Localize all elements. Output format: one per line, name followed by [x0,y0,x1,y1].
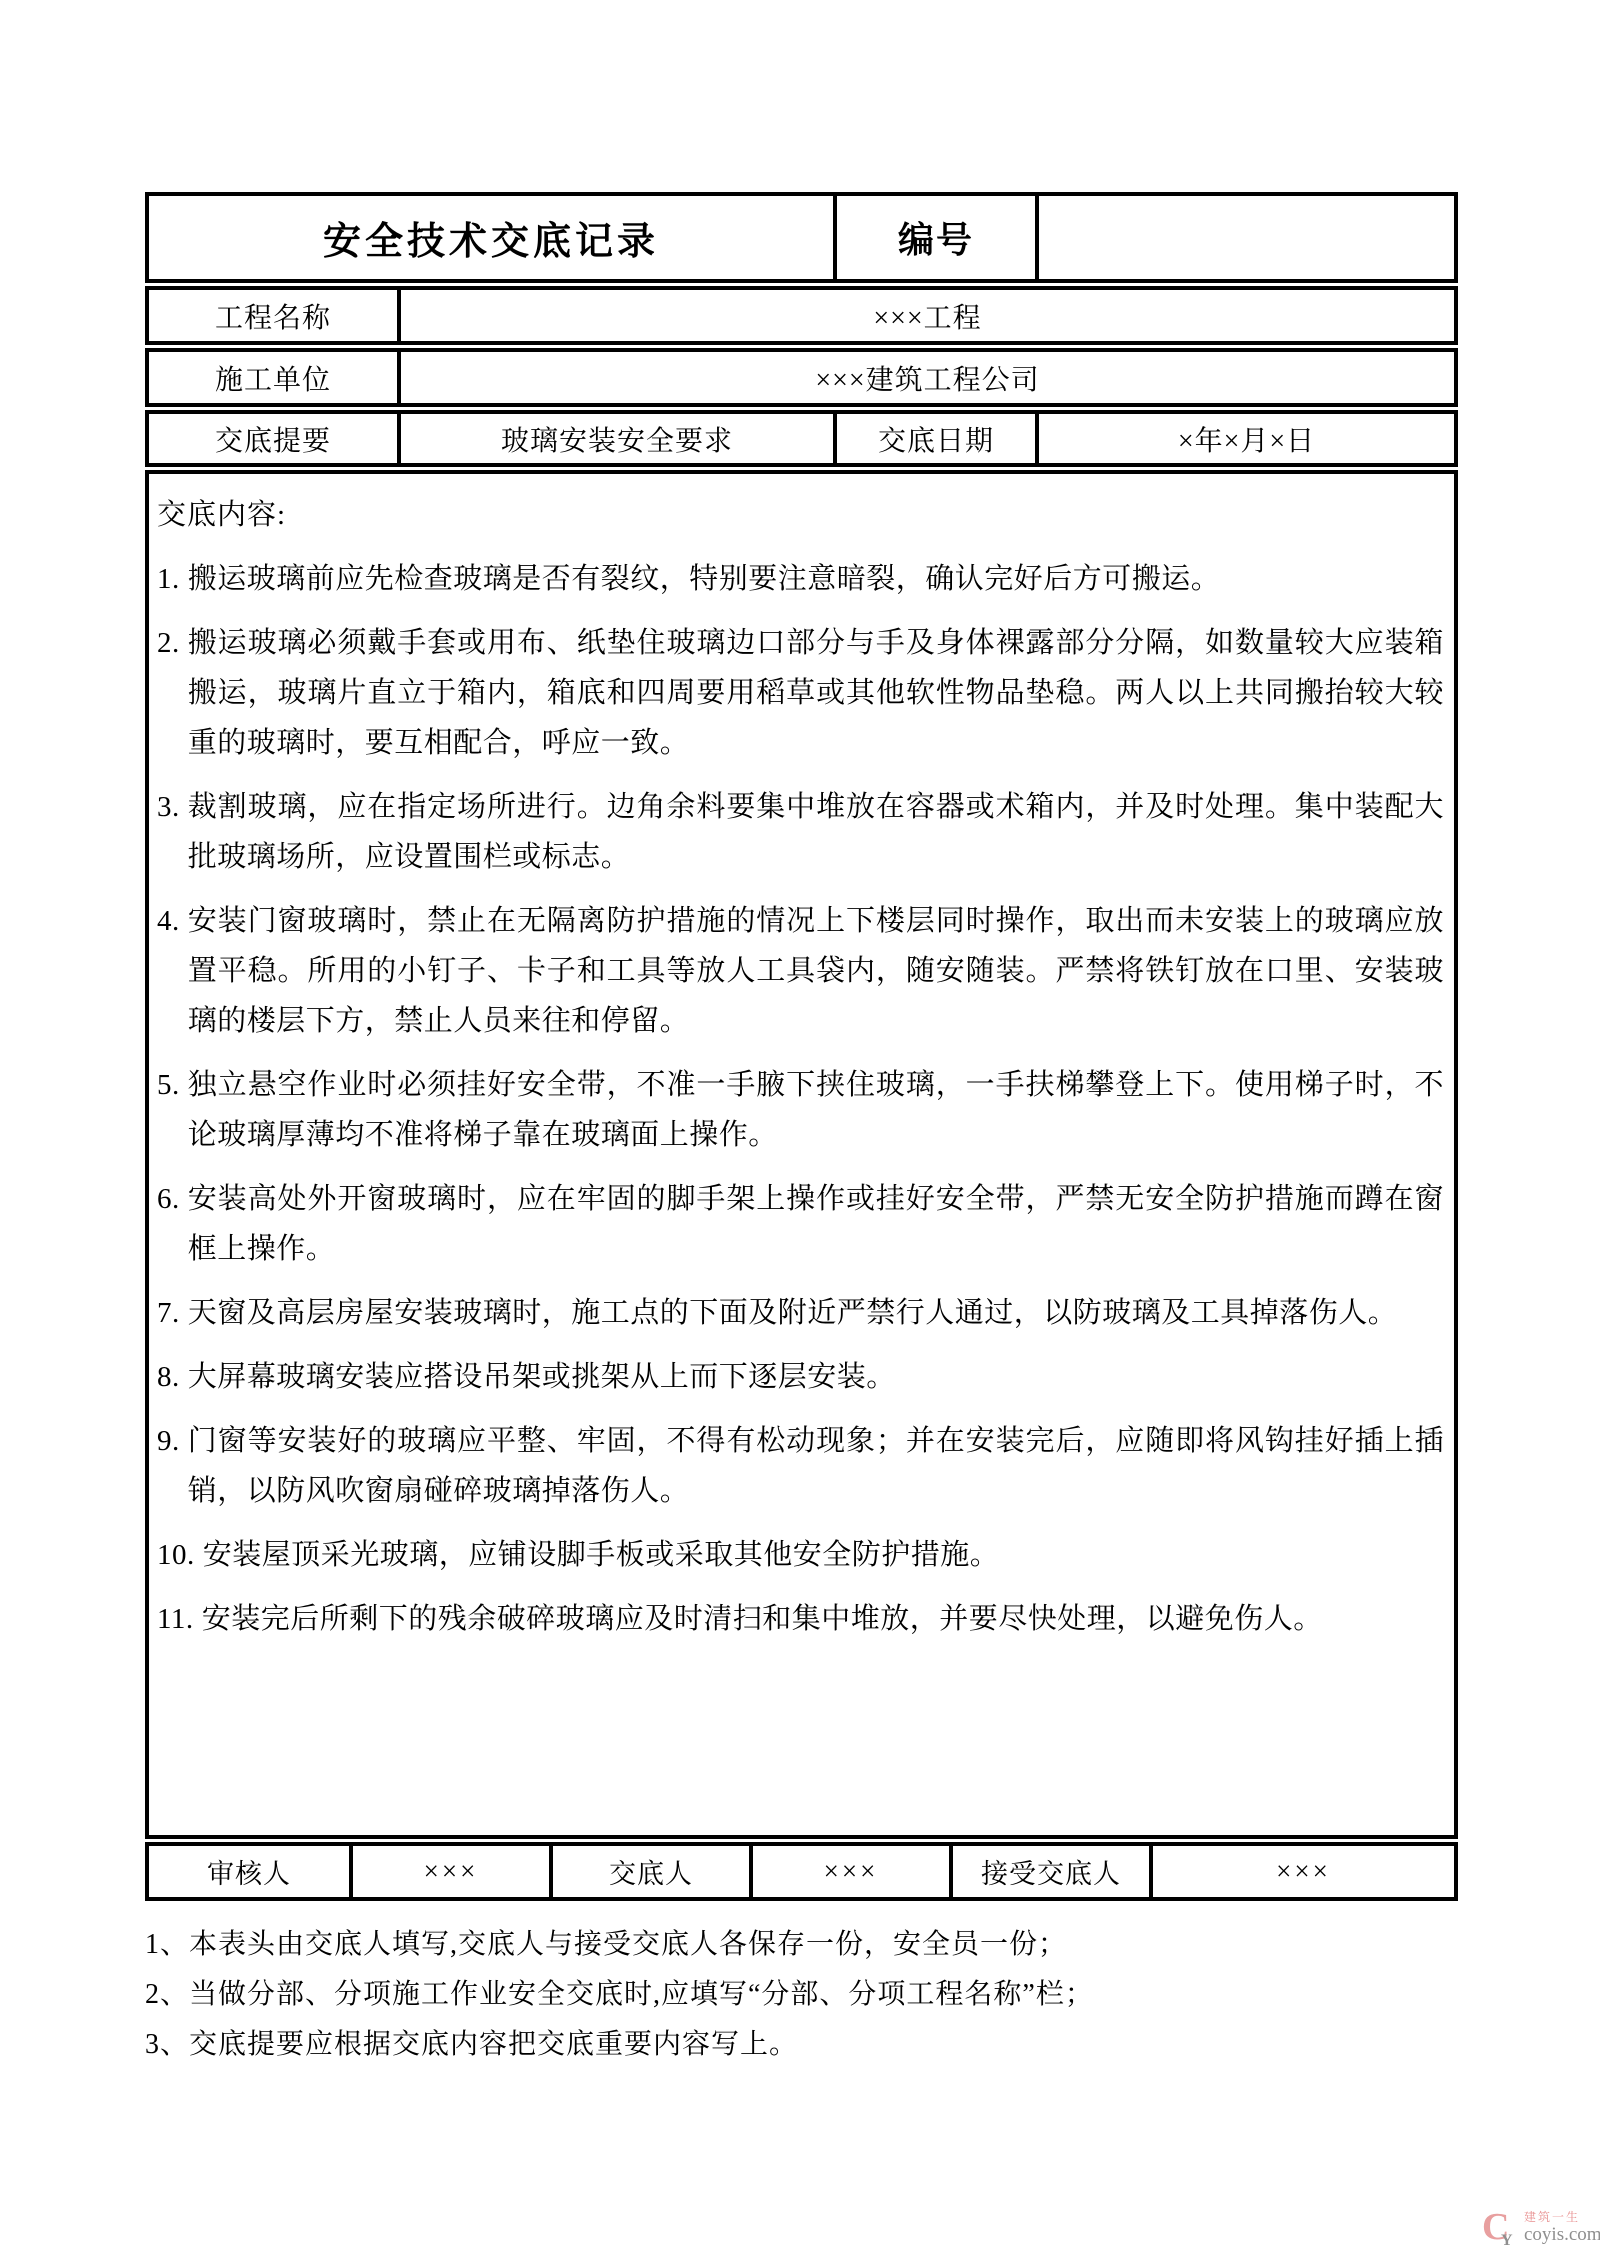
item-number: 5. [157,1060,180,1160]
summary-value: 玻璃安装安全要求 [501,419,733,459]
receiver-label-cell: 接受交底人 [949,1846,1149,1897]
receiver-value-cell: ××× [1149,1846,1454,1897]
item-text: 搬运玻璃必须戴手套或用布、纸垫住玻璃边口部分与手及身体裸露部分分隔，如数量较大应… [188,618,1444,768]
title-row: 安全技术交底记录 编号 [145,192,1458,283]
watermark-logo-y-icon: Y [1501,2232,1513,2250]
watermark-text-block: 建筑一生 coyis.com [1524,2210,1600,2246]
discloser-value-cell: ××× [749,1846,949,1897]
content-item: 5. 独立悬空作业时必须挂好安全带，不准一手腋下挟住玻璃，一手扶梯攀登上下。使用… [157,1060,1444,1160]
receiver-value: ××× [1276,1856,1331,1887]
content-item: 7. 天窗及高层房屋安装玻璃时，施工点的下面及附近严禁行人通过，以防玻璃及工具掉… [157,1288,1444,1338]
reviewer-value-cell: ××× [349,1846,549,1897]
title-cell: 安全技术交底记录 [149,196,833,279]
construction-unit-value-cell: ×××建筑工程公司 [397,352,1454,403]
item-text: 大屏幕玻璃安装应搭设吊架或挑架从上而下逐层安装。 [188,1352,1444,1402]
project-name-label-cell: 工程名称 [149,290,397,341]
footer-note: 3、交底提要应根据交底内容把交底重要内容写上。 [145,2020,1465,2070]
summary-label-cell: 交底提要 [149,414,397,463]
item-text: 独立悬空作业时必须挂好安全带，不准一手腋下挟住玻璃，一手扶梯攀登上下。使用梯子时… [188,1060,1444,1160]
content-item: 3. 裁割玻璃，应在指定场所进行。边角余料要集中堆放在容器或术箱内，并及时处理。… [157,782,1444,882]
safety-disclosure-table: 安全技术交底记录 编号 工程名称 ×××工程 施工单位 ×××建筑工程 [145,192,1458,1904]
document-title: 安全技术交底记录 [323,210,659,265]
item-text: 安装完后所剩下的残余破碎玻璃应及时清扫和集中堆放，并要尽快处理，以避免伤人。 [202,1594,1444,1644]
footer-notes: 1、本表头由交底人填写,交底人与接受交底人各保存一份，安全员一份； 2、当做分部… [145,1920,1465,2070]
item-number: 8. [157,1352,180,1402]
discloser-value: ××× [824,1856,879,1887]
serial-label: 编号 [898,212,974,263]
item-number: 2. [157,618,180,768]
item-number: 6. [157,1174,180,1274]
content-item: 4. 安装门窗玻璃时，禁止在无隔离防护措施的情况上下楼层同时操作，取出而未安装上… [157,896,1444,1046]
item-number: 11. [157,1594,194,1644]
project-name-value: ×××工程 [873,296,981,336]
date-value: ×年×月×日 [1178,419,1315,459]
content-item: 11. 安装完后所剩下的残余破碎玻璃应及时清扫和集中堆放，并要尽快处理，以避免伤… [157,1594,1444,1644]
footer-note: 2、当做分部、分项施工作业安全交底时,应填写“分部、分项工程名称”栏； [145,1970,1465,2020]
reviewer-label-cell: 审核人 [149,1846,349,1897]
project-name-label: 工程名称 [215,296,331,336]
project-name-value-cell: ×××工程 [397,290,1454,341]
content-item: 10. 安装屋顶采光玻璃，应铺设脚手板或采取其他安全防护措施。 [157,1530,1444,1580]
item-text: 裁割玻璃，应在指定场所进行。边角余料要集中堆放在容器或术箱内，并及时处理。集中装… [188,782,1444,882]
item-number: 10. [157,1530,195,1580]
watermark-site: coyis.com [1524,2224,1600,2246]
item-text: 天窗及高层房屋安装玻璃时，施工点的下面及附近严禁行人通过，以防玻璃及工具掉落伤人… [188,1288,1444,1338]
date-value-cell: ×年×月×日 [1035,414,1454,463]
content-item: 8. 大屏幕玻璃安装应搭设吊架或挑架从上而下逐层安装。 [157,1352,1444,1402]
date-label: 交底日期 [878,419,994,459]
serial-label-cell: 编号 [833,196,1035,279]
project-name-row: 工程名称 ×××工程 [145,286,1458,345]
receiver-label: 接受交底人 [981,1852,1121,1891]
construction-unit-row: 施工单位 ×××建筑工程公司 [145,348,1458,407]
discloser-label: 交底人 [609,1852,693,1891]
item-text: 安装屋顶采光玻璃，应铺设脚手板或采取其他安全防护措施。 [203,1530,1444,1580]
item-text: 搬运玻璃前应先检查玻璃是否有裂纹，特别要注意暗裂，确认完好后方可搬运。 [188,554,1444,604]
content-item: 1. 搬运玻璃前应先检查玻璃是否有裂纹，特别要注意暗裂，确认完好后方可搬运。 [157,554,1444,604]
summary-label: 交底提要 [215,419,331,459]
signature-row: 审核人 ××× 交底人 ××× 接受交底人 ××× [145,1842,1458,1901]
item-text: 安装高处外开窗玻璃时，应在牢固的脚手架上操作或挂好安全带，严禁无安全防护措施而蹲… [188,1174,1444,1274]
content-item: 2. 搬运玻璃必须戴手套或用布、纸垫住玻璃边口部分与手及身体裸露部分分隔，如数量… [157,618,1444,768]
item-number: 3. [157,782,180,882]
item-text: 安装门窗玻璃时，禁止在无隔离防护措施的情况上下楼层同时操作，取出而未安装上的玻璃… [188,896,1444,1046]
item-number: 1. [157,554,180,604]
reviewer-value: ××× [424,1856,479,1887]
coyis-watermark: C Y 建筑一生 coyis.com [1482,2208,1600,2258]
construction-unit-label: 施工单位 [215,358,331,398]
document-page: 安全技术交底记录 编号 工程名称 ×××工程 施工单位 ×××建筑工程 [0,0,1600,2262]
content-cell: 交底内容: 1. 搬运玻璃前应先检查玻璃是否有裂纹，特别要注意暗裂，确认完好后方… [149,474,1454,1835]
watermark-brand: 建筑一生 [1524,2210,1600,2224]
summary-row: 交底提要 玻璃安装安全要求 交底日期 ×年×月×日 [145,410,1458,467]
content-row: 交底内容: 1. 搬运玻璃前应先检查玻璃是否有裂纹，特别要注意暗裂，确认完好后方… [145,470,1458,1839]
construction-unit-value: ×××建筑工程公司 [815,358,1039,398]
item-number: 9. [157,1416,180,1516]
serial-value-cell [1035,196,1454,279]
content-item: 9. 门窗等安装好的玻璃应平整、牢固，不得有松动现象；并在安装完后，应随即将风钩… [157,1416,1444,1516]
item-text: 门窗等安装好的玻璃应平整、牢固，不得有松动现象；并在安装完后，应随即将风钩挂好插… [188,1416,1444,1516]
construction-unit-label-cell: 施工单位 [149,352,397,403]
summary-value-cell: 玻璃安装安全要求 [397,414,833,463]
item-number: 4. [157,896,180,1046]
discloser-label-cell: 交底人 [549,1846,749,1897]
content-heading: 交底内容: [157,490,1444,540]
footer-note: 1、本表头由交底人填写,交底人与接受交底人各保存一份，安全员一份； [145,1920,1465,1970]
date-label-cell: 交底日期 [833,414,1035,463]
content-item: 6. 安装高处外开窗玻璃时，应在牢固的脚手架上操作或挂好安全带，严禁无安全防护措… [157,1174,1444,1274]
reviewer-label: 审核人 [207,1852,291,1891]
item-number: 7. [157,1288,180,1338]
